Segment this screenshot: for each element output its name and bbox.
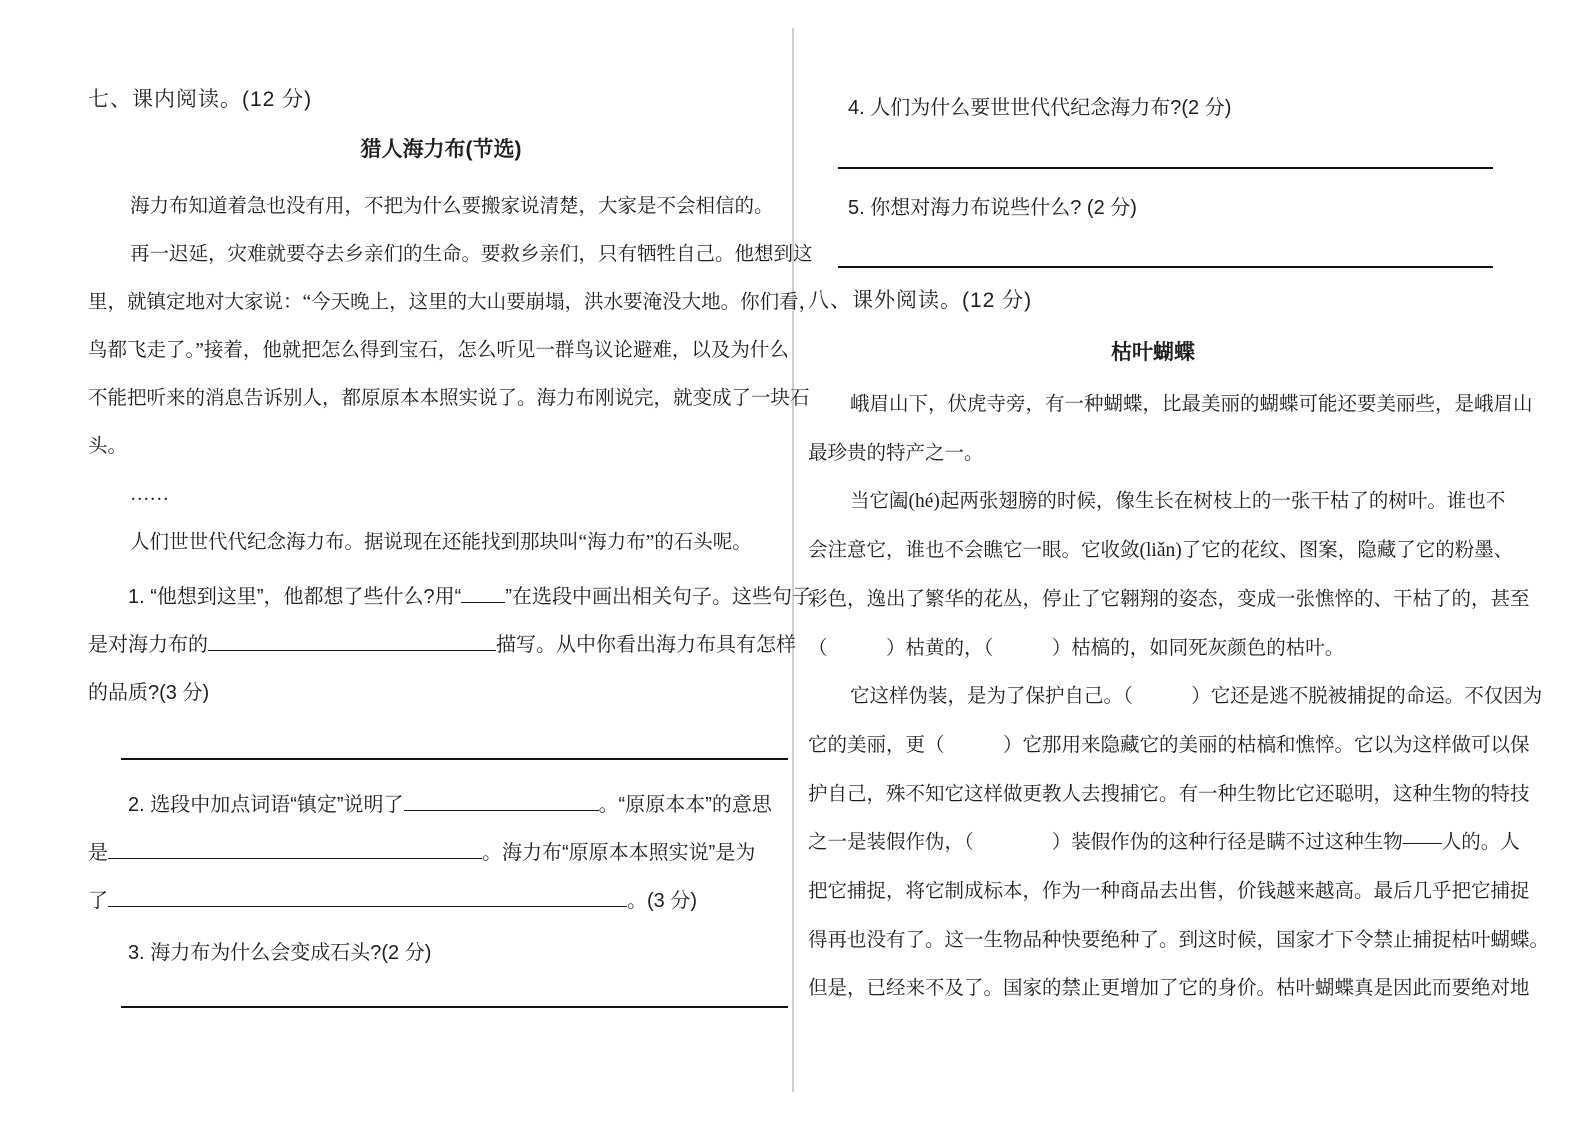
passage-ellipsis: …… [88,471,794,519]
passage-line: 彩色，逸出了繁华的花丛，停止了它翱翔的姿态，变成一张憔悴的、干枯了的，甚至 [808,576,1498,625]
passage-kuyehudie: 峨眉山下，伏虎寺旁，有一种蝴蝶，比最美丽的蝴蝶可能还要美丽些，是峨眉山 最珍贵的… [808,381,1498,1014]
question-1-text: 是对海力布的 [88,634,208,656]
passage-hailibu: 海力布知道着急也没有用，不把为什么要搬家说清楚，大家是不会相信的。 再一迟延，灾… [88,183,794,567]
question-2-line-1: 2. 选段中加点词语“镇定”说明了。“原原本本”的意思 [88,781,794,829]
passage-line: 不能把听来的消息告诉别人，都原原本本照实说了。海力布刚说完，就变成了一块石 [88,375,794,423]
question-4: 4. 人们为什么要世世代代纪念海力布?(2 分) [808,84,1498,132]
section-eight-heading: 八、课外阅读。(12 分) [808,287,1498,315]
question-5: 5. 你想对海力布说些什么? (2 分) [808,184,1498,232]
question-1-text: 描写。从中你看出海力布具有怎样 [496,634,796,656]
section-seven-heading: 七、课内阅读。(12 分) [88,86,794,114]
passage-line: 把它捕捉，将它制成标本，作为一种商品去出售，价钱越来越高。最后几乎把它捕捉 [808,868,1498,917]
question-1-line-3: 的品质?(3 分) [88,669,794,717]
passage-line: 但是，已经来不及了。国家的禁止更增加了它的身价。枯叶蝴蝶真是因此而要绝对地 [808,965,1498,1014]
answer-line-q4 [838,167,1493,169]
passage-line: 之一是装假作伪，（ ）装假作伪的这种行径是瞒不过这种生物——人的。人 [808,819,1498,868]
question-2: 2. 选段中加点词语“镇定”说明了。“原原本本”的意思 是。海力布“原原本本照实… [88,781,794,925]
inline-blank [404,790,599,811]
inline-blank [108,886,627,907]
question-2-line-3: 了。(3 分) [88,877,794,925]
question-1-text: 的品质?(3 分) [88,682,209,704]
question-2-text: 是 [88,842,108,864]
passage-line: 当它阖(hé)起两张翅膀的时候，像生长在树枝上的一张干枯了的树叶。谁也不 [808,478,1498,527]
passage-line: 峨眉山下，伏虎寺旁，有一种蝴蝶，比最美丽的蝴蝶可能还要美丽些，是峨眉山 [808,381,1498,430]
answer-line-q1 [121,758,788,760]
question-4-line: 4. 人们为什么要世世代代纪念海力布?(2 分) [808,84,1498,132]
question-3: 3. 海力布为什么会变成石头?(2 分) [88,929,794,977]
question-3-line: 3. 海力布为什么会变成石头?(2 分) [88,929,794,977]
question-1-text: 1. “他想到这里”，他都想了些什么?用“ [128,586,461,608]
passage-line: 护自己，殊不知它这样做更教人去搜捕它。有一种生物比它还聪明，这种生物的特技 [808,771,1498,820]
question-1-text: ”在选段中画出相关句子。这些句子 [505,586,812,608]
question-1-line-1: 1. “他想到这里”，他都想了些什么?用“”在选段中画出相关句子。这些句子 [88,573,794,621]
question-2-text: 了 [88,890,108,912]
passage-line: 海力布知道着急也没有用，不把为什么要搬家说清楚，大家是不会相信的。 [88,183,794,231]
question-1-line-2: 是对海力布的描写。从中你看出海力布具有怎样 [88,621,794,669]
question-1: 1. “他想到这里”，他都想了些什么?用“”在选段中画出相关句子。这些句子 是对… [88,573,794,717]
passage-title-kuyehudie: 枯叶蝴蝶 [808,337,1498,369]
inline-blank [108,838,482,859]
passage-line: 里，就镇定地对大家说：“今天晚上，这里的大山要崩塌，洪水要淹没大地。你们看， [88,279,794,327]
passage-line: 人们世世代代纪念海力布。据说现在还能找到那块叫“海力布”的石头呢。 [88,519,794,567]
question-5-line: 5. 你想对海力布说些什么? (2 分) [808,184,1498,232]
question-2-text: 。海力布“原原本本照实说”是为 [482,842,755,864]
question-2-text: 。“原原本本”的意思 [599,794,772,816]
passage-line: 它的美丽，更（ ）它那用来隐藏它的美丽的枯槁和憔悴。它以为这样做可以保 [808,722,1498,771]
exam-page: 七、课内阅读。(12 分) 猎人海力布(节选) 海力布知道着急也没有用，不把为什… [0,0,1587,1122]
question-2-line-2: 是。海力布“原原本本照实说”是为 [88,829,794,877]
passage-line: 再一迟延，灾难就要夺去乡亲们的生命。要救乡亲们，只有牺牲自己。他想到这 [88,231,794,279]
question-2-text: 。(3 分) [627,890,697,912]
question-2-text: 2. 选段中加点词语“镇定”说明了 [128,794,404,816]
passage-line: （ ）枯黄的，（ ）枯槁的，如同死灰颜色的枯叶。 [808,625,1498,674]
passage-line: 会注意它，谁也不会瞧它一眼。它收敛(liǎn)了它的花纹、图案，隐藏了它的粉墨、 [808,527,1498,576]
inline-blank [461,582,505,603]
inline-blank [208,630,496,651]
passage-title-hailibu: 猎人海力布(节选) [88,134,794,166]
answer-line-q5 [838,266,1493,268]
passage-line: 鸟都飞走了。”接着，他就把怎么得到宝石，怎么听见一群鸟议论避难，以及为什么 [88,327,794,375]
passage-line: 它这样伪装，是为了保护自己。（ ）它还是逃不脱被捕捉的命运。不仅因为 [808,673,1498,722]
passage-line: 头。 [88,423,794,471]
passage-line: 最珍贵的特产之一。 [808,430,1498,479]
answer-line-q3 [121,1006,788,1008]
passage-line: 得再也没有了。这一生物品种快要绝种了。到这时候，国家才下令禁止捕捉枯叶蝴蝶。 [808,917,1498,966]
